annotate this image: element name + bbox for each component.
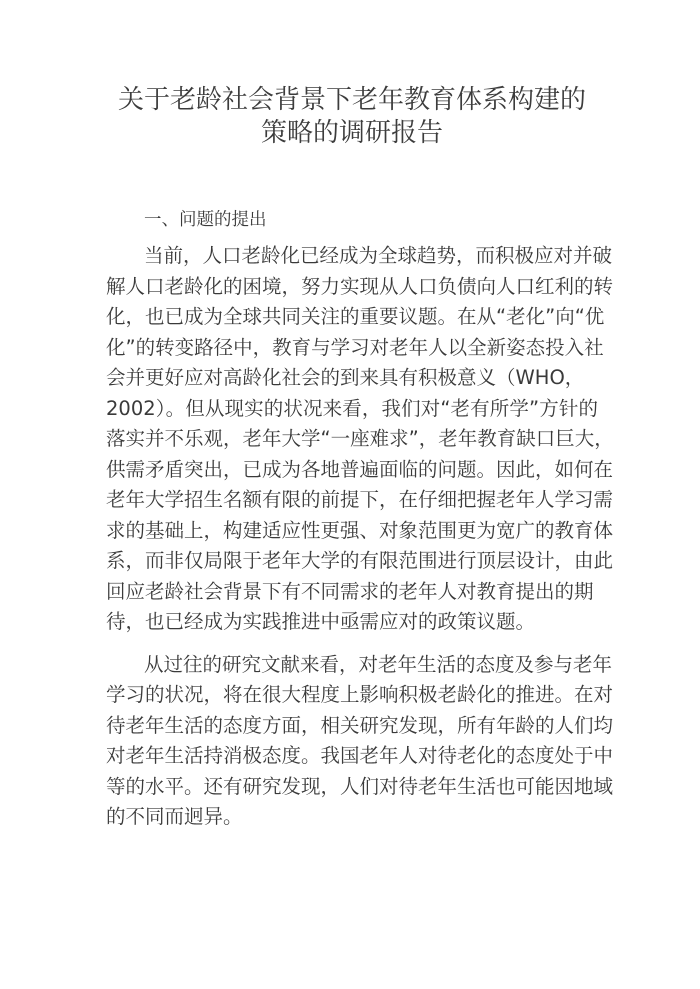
document-page: 关于老龄社会背景下老年教育体系构建的 策略的调研报告 一、问题的提出 当前，人口… (106, 84, 598, 833)
text-line: 系，而非仅局限于老年大学的有限范围进行顶层设计，由此 (106, 546, 598, 577)
text-line: 落实并不乐观，老年大学“一座难求”，老年教育缺口巨大， (106, 424, 598, 455)
text-line: 老年大学招生名额有限的前提下，在仔细把握老年人学习需 (106, 485, 598, 516)
text-line: 从过往的研究文献来看，对老年生活的态度及参与老年 (106, 650, 598, 681)
text-line: 回应老龄社会背景下有不同需求的老年人对教育提出的期 (106, 577, 598, 608)
text-line: 供需矛盾突出，已成为各地普遍面临的问题。因此，如何在 (106, 455, 598, 486)
document-title: 关于老龄社会背景下老年教育体系构建的 策略的调研报告 (92, 84, 612, 150)
text-line: 待老年生活的态度方面，相关研究发现，所有年龄的人们均 (106, 711, 598, 742)
text-line: 解人口老龄化的困境，努力实现从人口负债向人口红利的转 (106, 272, 598, 303)
text-line: 学习的状况，将在很大程度上影响积极老龄化的推进。在对 (106, 680, 598, 711)
paragraph-1: 当前，人口老龄化已经成为全球趋势，而积极应对并破 解人口老龄化的困境，努力实现从… (106, 241, 598, 638)
text-line: 的不同而迥异。 (106, 802, 598, 833)
title-line-1: 关于老龄社会背景下老年教育体系构建的 (92, 84, 612, 117)
title-line-2: 策略的调研报告 (92, 117, 612, 150)
text-line: 会并更好应对高龄化社会的到来具有积极意义（WHO， (106, 363, 598, 394)
text-line: 2002）。但从现实的状况来看，我们对“老有所学”方针的 (106, 394, 598, 425)
text-line: 当前，人口老龄化已经成为全球趋势，而积极应对并破 (106, 241, 598, 272)
text-line: 等的水平。还有研究发现，人们对待老年生活也可能因地域 (106, 772, 598, 803)
text-line: 化”的转变路径中，教育与学习对老年人以全新姿态投入社 (106, 333, 598, 364)
section-heading: 一、问题的提出 (106, 205, 598, 235)
text-line: 化，也已成为全球共同关注的重要议题。在从“老化”向“优 (106, 302, 598, 333)
paragraph-2: 从过往的研究文献来看，对老年生活的态度及参与老年 学习的状况，将在很大程度上影响… (106, 650, 598, 833)
text-line: 对老年生活持消极态度。我国老年人对待老化的态度处于中 (106, 741, 598, 772)
text-line: 待，也已经成为实践推进中亟需应对的政策议题。 (106, 607, 598, 638)
text-line: 求的基础上，构建适应性更强、对象范围更为宽广的教育体 (106, 516, 598, 547)
